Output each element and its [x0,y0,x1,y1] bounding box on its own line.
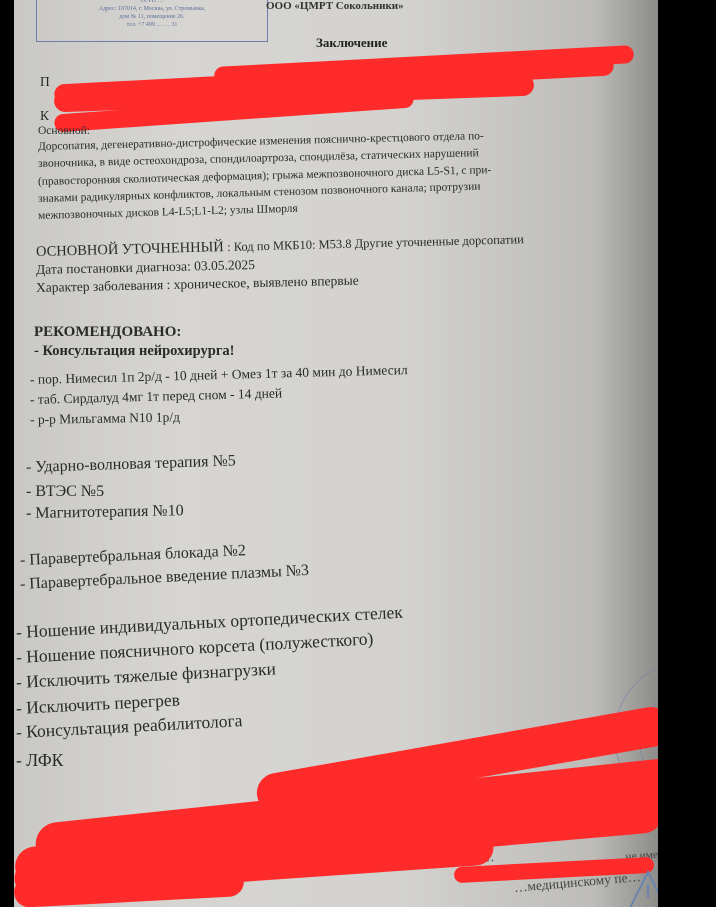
refined-diagnosis: ОСНОВНОЙ УТОЧНЕННЫЙ : Код по МКБ10: М53.… [36,231,524,261]
physio-item: - Ударно-волновая терапия №5 [26,452,236,477]
document-page: ОГРН … Адрес: 107014, г. Москва, ул. Стр… [14,0,658,907]
clinic-address-stamp: ОГРН … Адрес: 107014, г. Москва, ул. Стр… [36,0,268,42]
diagnosis-line: межпозвоночных дисков L4-L5;L1-L2; узлы … [38,203,298,222]
stamp-line: Адрес: 107014, г. Москва, ул. Стромынка, [37,5,267,13]
patient-label: П [40,74,50,90]
physio-item: - ВТЭС №5 [26,483,104,501]
stamp-line: тел. +7 499 … … 31 [37,21,267,29]
recommendations-heading: РЕКОМЕНДОВАНО: [34,324,181,341]
diagnosis-main-label: Основной: [38,125,90,137]
medication-item: - пор. Нимесил 1п 2р/д - 10 дней + Омез … [30,362,408,388]
medication-item: - таб. Сирдалуд 4мг 1т перед сном - 14 д… [30,385,282,408]
physio-item: - Магнитотерапия №10 [26,502,184,523]
lifestyle-item: - ЛФК [16,750,63,771]
organization-name: ООО «ЦМРТ Сокольники» [266,0,404,12]
refined-diagnosis-label: ОСНОВНОЙ УТОЧНЕННЫЙ [36,239,224,260]
second-label: К [40,108,49,124]
medication-item: - р-р Мильгамма N10 1р/д [30,409,180,428]
document-title: Заключение [316,35,387,51]
stamp-line: дом № 11, помещение 26. [37,13,267,21]
warning-triangle-icon [628,870,658,907]
urgent-recommendation: - Консультация нейрохирурга! [34,343,235,360]
icd10-code: : Код по МКБ10: М53.8 Другие уточненные … [227,232,524,254]
